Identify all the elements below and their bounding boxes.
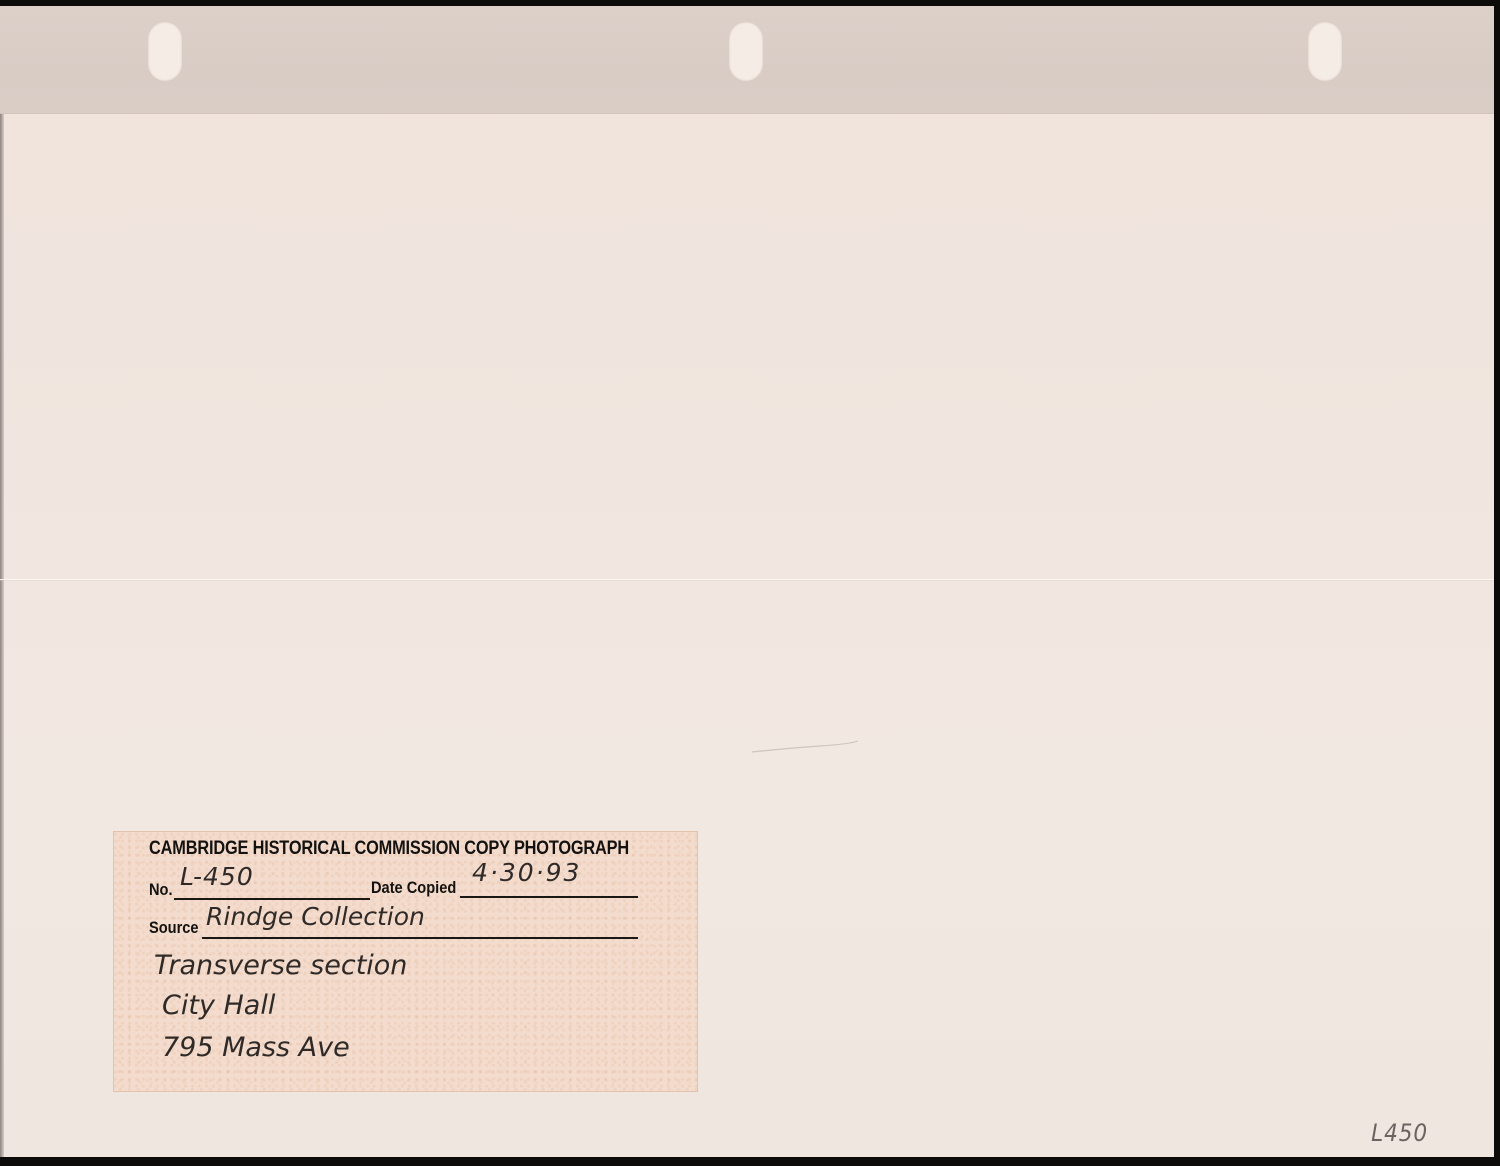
source-underline: [202, 937, 638, 939]
date-copied-value: 4·30·93: [472, 858, 581, 887]
date-underline: [460, 896, 638, 898]
scan-left-edge: [0, 6, 4, 1157]
paper-scratch-mark: [750, 740, 860, 754]
punch-hole-left: [148, 22, 182, 81]
note-line-1: Transverse section: [154, 950, 407, 981]
number-value: L-450: [180, 862, 254, 891]
number-label: No.: [149, 880, 173, 900]
fold-line-shadow: [0, 580, 1494, 581]
source-value: Rindge Collection: [206, 902, 425, 931]
source-label: Source: [149, 918, 199, 938]
pencil-catalog-number: L450: [1371, 1119, 1428, 1147]
note-line-3: 795 Mass Ave: [162, 1032, 350, 1063]
date-copied-label: Date Copied: [371, 878, 456, 898]
punch-hole-center: [729, 22, 763, 81]
punch-hole-right: [1308, 22, 1342, 81]
note-line-2: City Hall: [162, 990, 275, 1021]
commission-label-card: CAMBRIDGE HISTORICAL COMMISSION COPY PHO…: [113, 831, 698, 1092]
scanned-photo-back: CAMBRIDGE HISTORICAL COMMISSION COPY PHO…: [0, 6, 1494, 1157]
number-underline: [174, 898, 370, 900]
label-header: CAMBRIDGE HISTORICAL COMMISSION COPY PHO…: [149, 838, 629, 860]
binder-strip: [0, 6, 1494, 114]
